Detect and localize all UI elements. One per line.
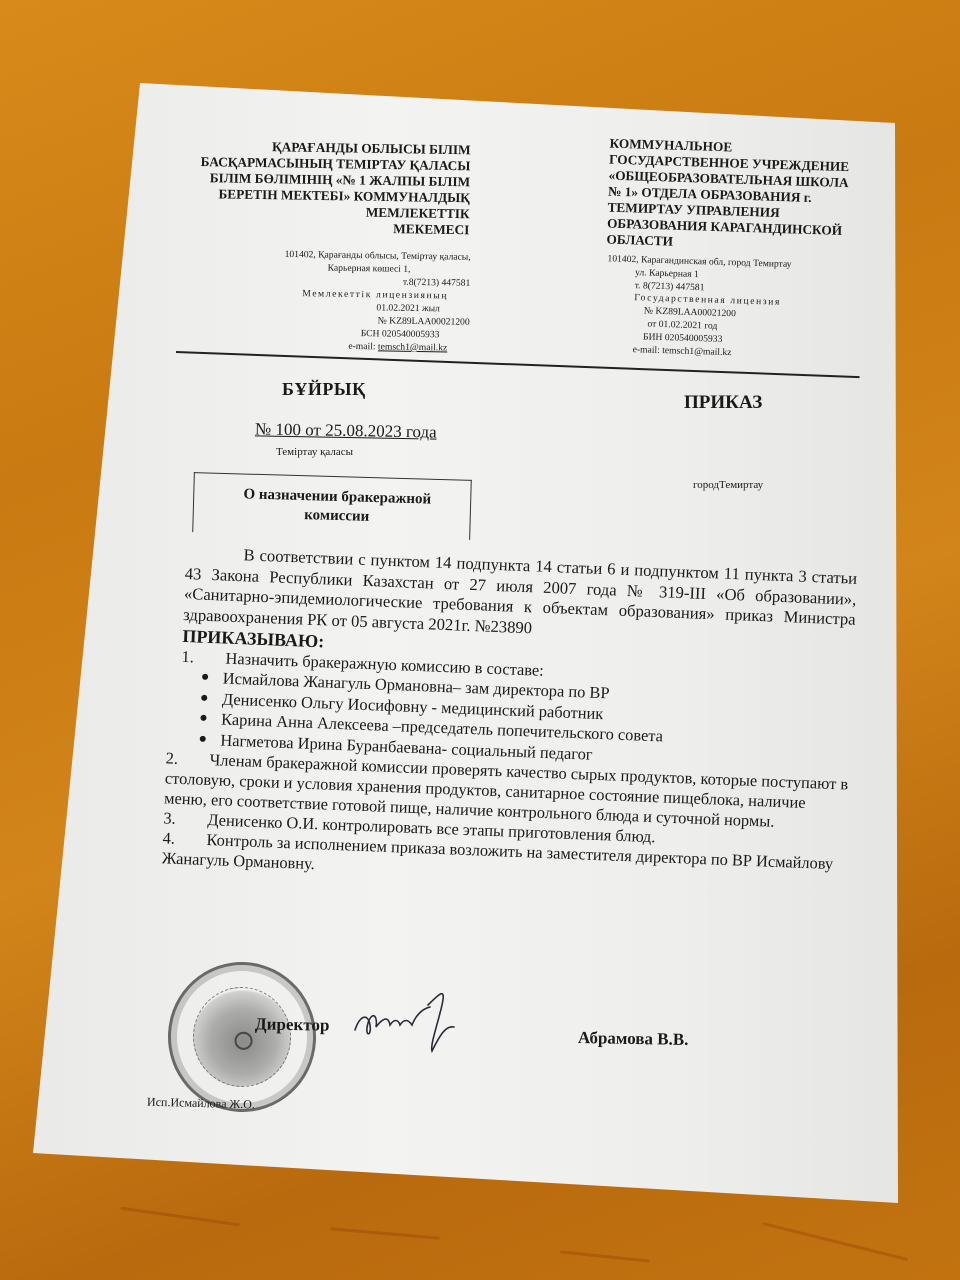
header-left-org-name: ҚАРАҒАНДЫ ОБЛЫСЫ БІЛІМ БАСҚАРМАСЫНЫҢ ТЕМ… (177, 138, 470, 239)
city-kazakh: Теміртау қаласы (276, 446, 353, 458)
order-number: № 100 от 25.08.2023 года (255, 419, 437, 442)
title-russian: ПРИКАЗ (684, 392, 762, 414)
bullet-icon: ● (199, 709, 222, 730)
bullet-icon: ● (200, 668, 223, 689)
header-right-address: 101402, Карагандинская обл, город Темирт… (604, 253, 847, 363)
header-right-org-name: КОММУНАЛЬНОЕ ГОСУДАРСТВЕННОЕ УЧРЕЖДЕНИЕ … (606, 136, 889, 257)
city-russian: городТемиртау (693, 479, 763, 491)
seal-emblem-icon (187, 981, 298, 1094)
header-left-address: 101402, Қарағанды облысы, Теміртау қалас… (239, 247, 471, 355)
email-link: temsch1@mail.kz (378, 341, 447, 353)
bullet-icon: ● (200, 688, 223, 709)
executor-note: Исп.Исмайлова Ж.О. (147, 1095, 255, 1113)
handwritten-signature-icon (350, 985, 470, 1055)
order-document: ҚАРАҒАНДЫ ОБЛЫСЫ БІЛІМ БАСҚАРМАСЫНЫҢ ТЕМ… (0, 0, 960, 1280)
signatory-position: Директор (255, 1014, 330, 1035)
title-kazakh: БҰЙРЫҚ (282, 379, 366, 400)
bullet-icon: ● (198, 729, 221, 750)
signatory-name: Абрамова В.В. (578, 1028, 689, 1050)
order-subject: О назначении бракеражной комиссии (209, 484, 466, 529)
order-body: В соответствии с пунктом 14 подпункта 14… (173, 543, 857, 895)
